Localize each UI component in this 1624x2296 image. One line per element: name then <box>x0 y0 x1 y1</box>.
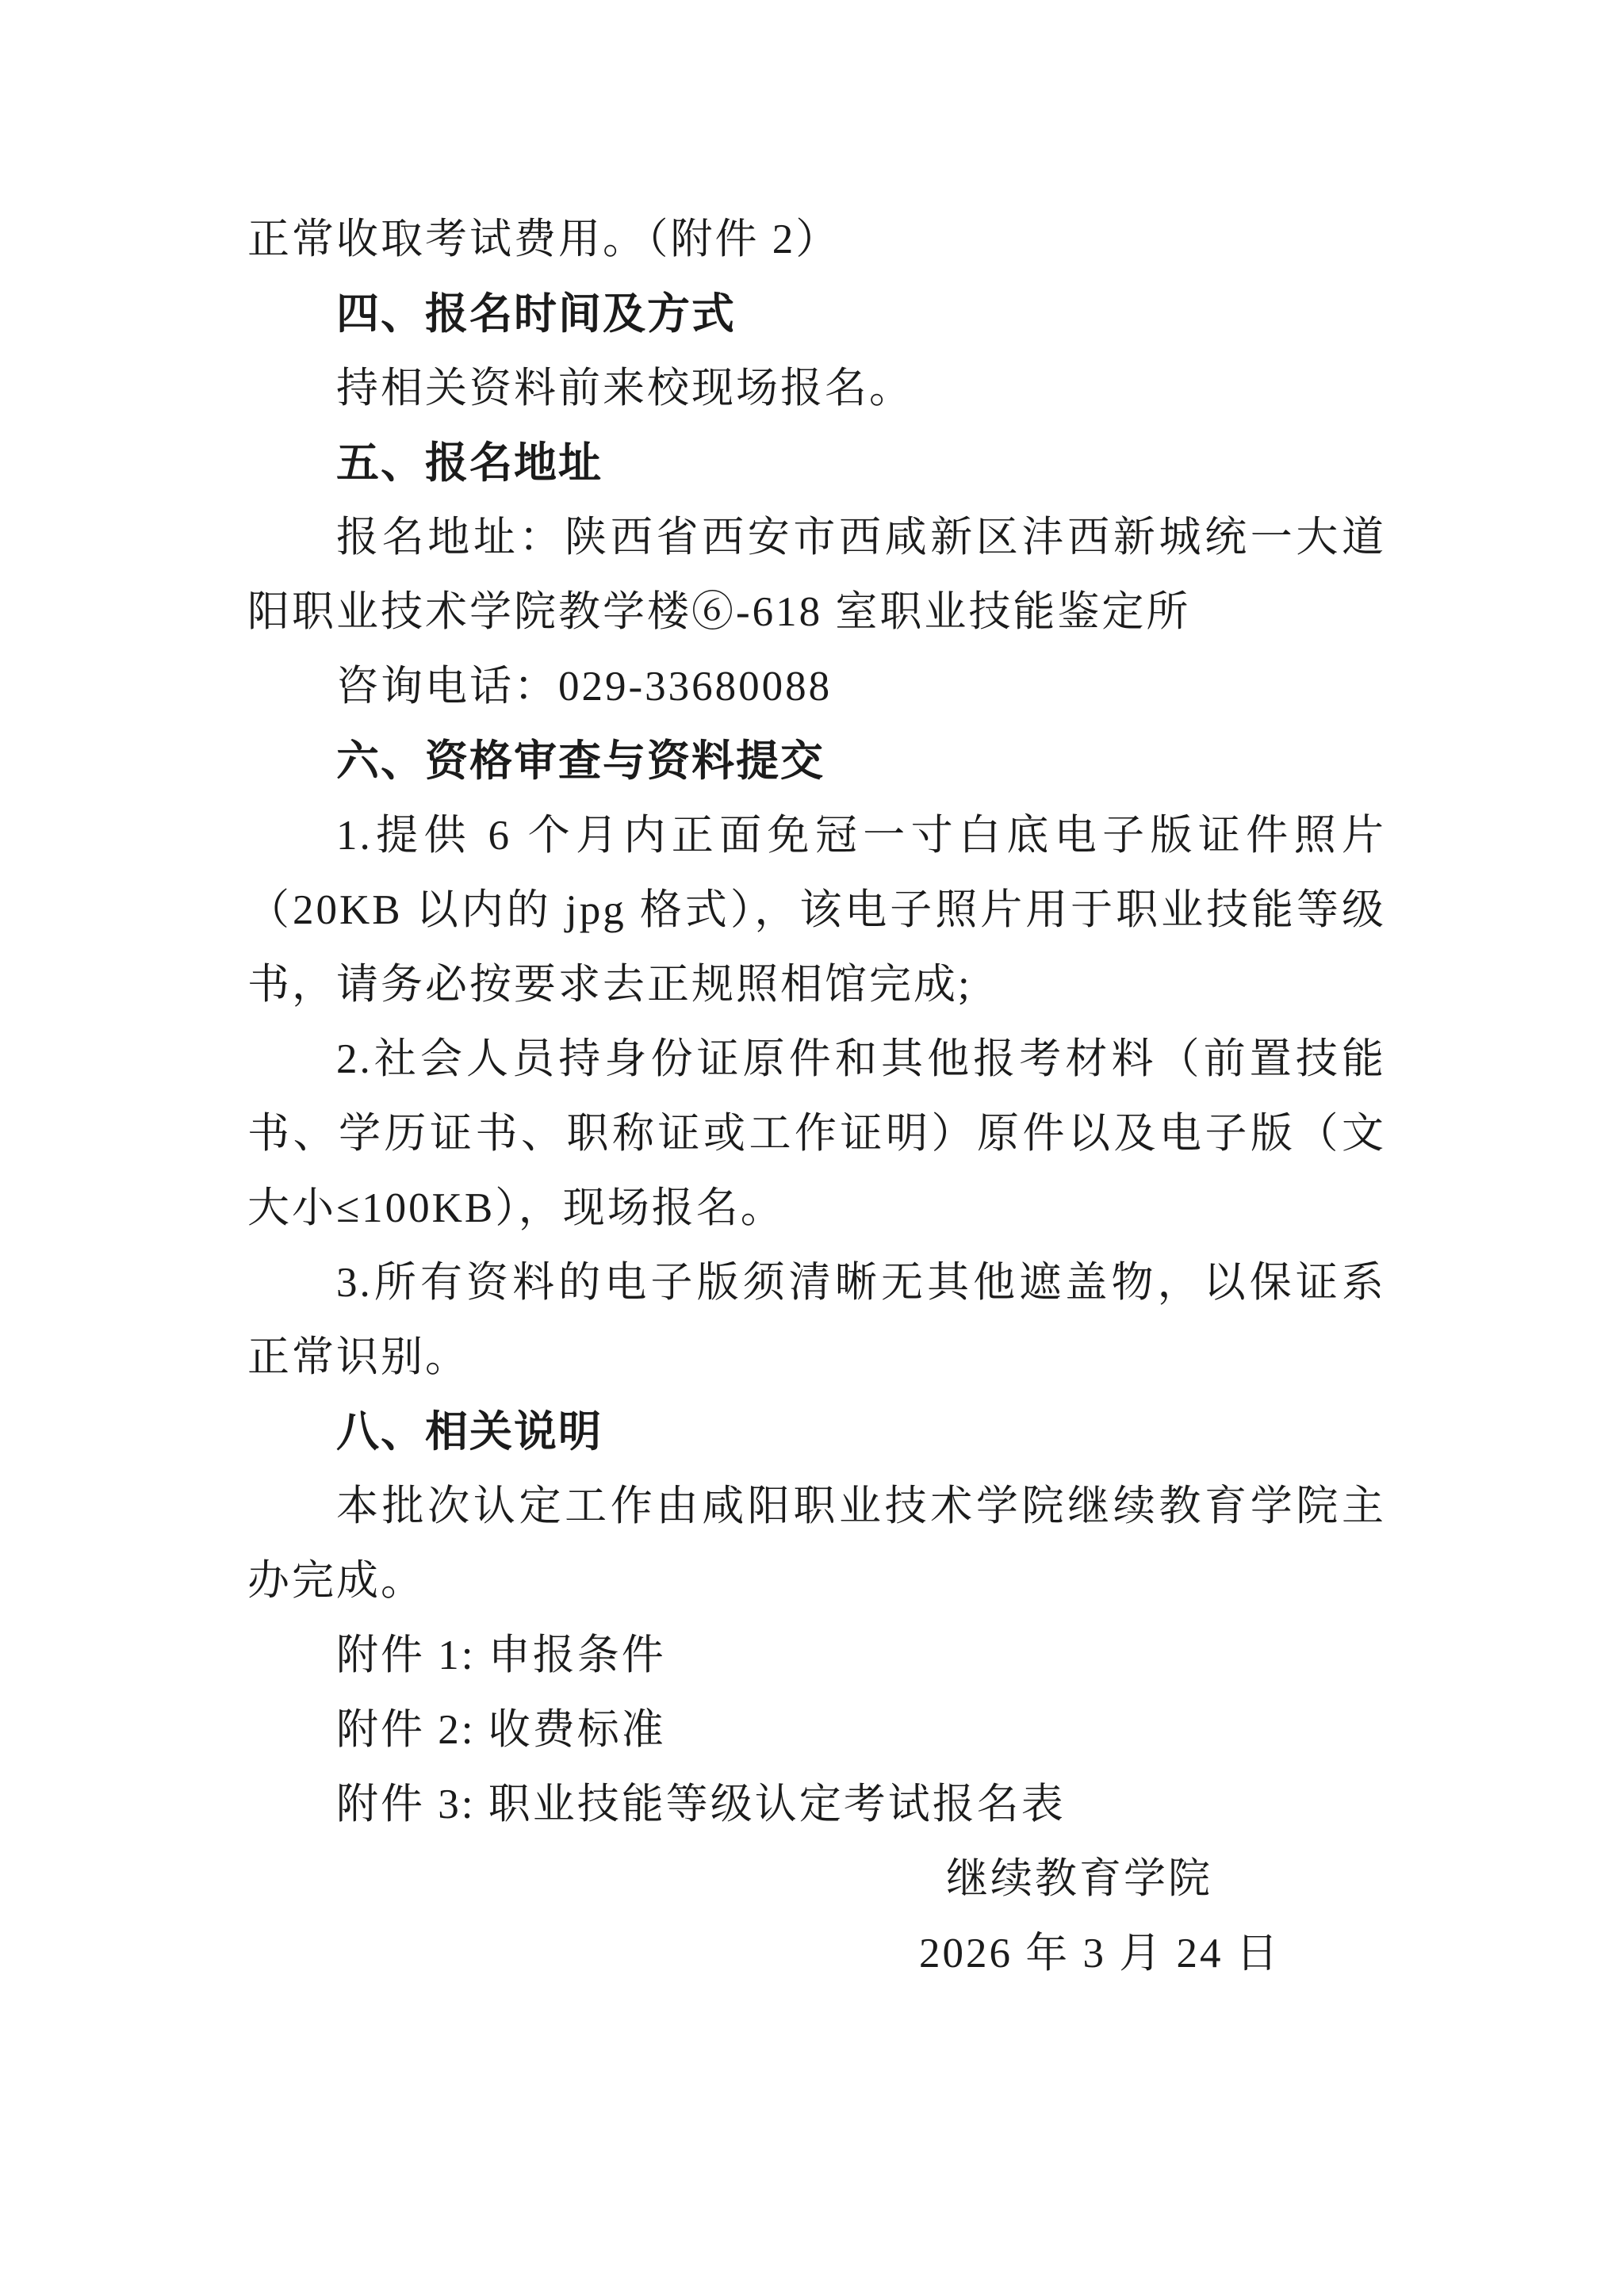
item-2-line: 2.社会人员持身份证原件和其他报考材料（前置技能证 <box>247 1022 1386 1096</box>
signature-line: 继续教育学院 <box>247 1842 1386 1916</box>
item-2-continuation: 大小≤100KB），现场报名。 <box>247 1171 1386 1246</box>
date-line: 2026 年 3 月 24 日 <box>247 1916 1386 1991</box>
paragraph-continuation: 办完成。 <box>247 1544 1386 1618</box>
section-heading-5: 五、报名地址 <box>247 426 1386 500</box>
attachment-item-2: 附件 2: 收费标准 <box>247 1693 1386 1767</box>
item-3-line: 3.所有资料的电子版须清晰无其他遮盖物，以保证系统 <box>247 1246 1386 1320</box>
item-1-continuation: （20KB 以内的 jpg 格式），该电子照片用于职业技能等级证 <box>247 873 1386 947</box>
phone-line: 咨询电话：029-33680088 <box>247 649 1386 724</box>
paragraph-line: 本批次认定工作由咸阳职业技术学院继续教育学院主 <box>247 1469 1386 1544</box>
item-1-continuation: 书，请务必按要求去正规照相馆完成; <box>247 947 1386 1022</box>
item-2-continuation: 书、学历证书、职称证或工作证明）原件以及电子版（文件 <box>247 1096 1386 1171</box>
address-line: 报名地址：陕西省西安市西咸新区沣西新城统一大道咸 <box>247 500 1386 575</box>
item-3-continuation: 正常识别。 <box>247 1320 1386 1395</box>
document-page: 正常收取考试费用。（附件 2） 四、报名时间及方式 持相关资料前来校现场报名。 … <box>0 0 1624 2296</box>
section-heading-4: 四、报名时间及方式 <box>247 277 1386 351</box>
section-heading-8: 八、相关说明 <box>247 1395 1386 1469</box>
paragraph-continuation: 正常收取考试费用。（附件 2） <box>247 202 1386 277</box>
paragraph-line: 持相关资料前来校现场报名。 <box>247 351 1386 426</box>
attachment-item-3: 附件 3: 职业技能等级认定考试报名表 <box>247 1767 1386 1842</box>
item-1-line: 1.提供 6 个月内正面免冠一寸白底电子版证件照片 <box>247 798 1386 873</box>
attachment-item-1: 附件 1: 申报条件 <box>247 1618 1386 1693</box>
document-body: 正常收取考试费用。（附件 2） 四、报名时间及方式 持相关资料前来校现场报名。 … <box>247 202 1386 1991</box>
address-line-continuation: 阳职业技术学院教学楼⑥-618 室职业技能鉴定所 <box>247 575 1386 649</box>
section-heading-6: 六、资格审查与资料提交 <box>247 724 1386 798</box>
